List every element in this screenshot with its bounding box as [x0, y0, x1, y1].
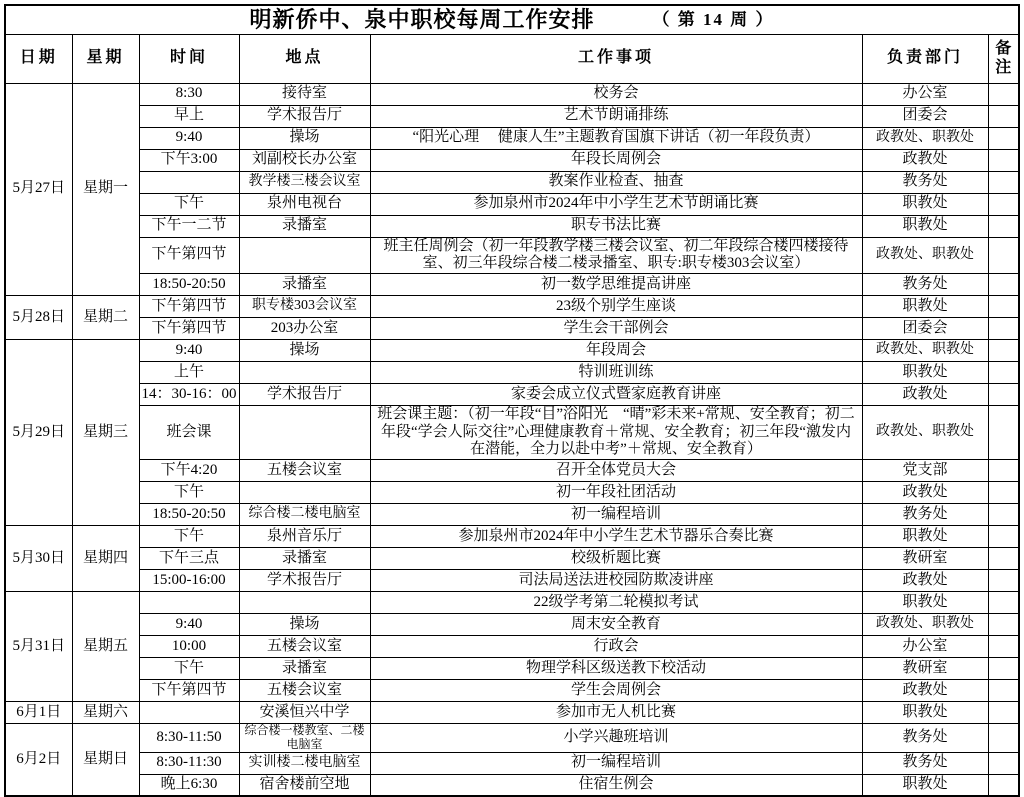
- table-row: 下午录播室物理学科区级送教下校活动教研室: [5, 657, 1019, 679]
- task-cell: 司法局送法进校园防欺凌讲座: [370, 569, 862, 591]
- weekday-cell: 星期日: [72, 723, 139, 796]
- col-header-place: 地点: [239, 34, 370, 83]
- table-row: 下午初一年段社团活动政教处: [5, 481, 1019, 503]
- table-row: 9:40操场“阳光心理 健康人生”主题教育国旗下讲话（初一年段负责）政教处、职教…: [5, 127, 1019, 149]
- note-cell: [988, 481, 1019, 503]
- dept-cell: 教务处: [862, 752, 988, 774]
- table-row: 下午三点录播室校级析题比赛教研室: [5, 547, 1019, 569]
- note-cell: [988, 149, 1019, 171]
- place-cell: 刘副校长办公室: [239, 149, 370, 171]
- weekday-cell: 星期五: [72, 591, 139, 701]
- note-cell: [988, 613, 1019, 635]
- date-cell: 6月2日: [5, 723, 72, 796]
- task-cell: 班主任周例会（初一年段教学楼三楼会议室、初二年段综合楼四楼接待室、初三年段综合楼…: [370, 237, 862, 273]
- task-cell: 参加市无人机比赛: [370, 701, 862, 723]
- date-cell: 5月30日: [5, 525, 72, 591]
- note-cell: [988, 635, 1019, 657]
- table-row: 9:40操场周末安全教育政教处、职教处: [5, 613, 1019, 635]
- dept-cell: 政教处: [862, 481, 988, 503]
- note-cell: [988, 295, 1019, 317]
- time-cell: 18:50-20:50: [139, 273, 239, 295]
- place-cell: 录播室: [239, 273, 370, 295]
- col-header-time: 时间: [139, 34, 239, 83]
- col-header-date: 日期: [5, 34, 72, 83]
- task-cell: 校务会: [370, 83, 862, 105]
- note-cell: [988, 237, 1019, 273]
- table-row: 14：30-16：00学术报告厅家委会成立仪式暨家庭教育讲座政教处: [5, 383, 1019, 405]
- place-cell: 实训楼二楼电脑室: [239, 752, 370, 774]
- date-cell: 5月27日: [5, 83, 72, 295]
- note-cell: [988, 361, 1019, 383]
- time-cell: 10:00: [139, 635, 239, 657]
- note-cell: [988, 774, 1019, 796]
- table-row: 6月2日星期日8:30-11:50综合楼一楼教室、二楼电脑室小学兴趣班培训教务处: [5, 723, 1019, 752]
- place-cell: 宿舍楼前空地: [239, 774, 370, 796]
- dept-cell: 职教处: [862, 361, 988, 383]
- table-row: 18:50-20:50综合楼二楼电脑室初一编程培训教务处: [5, 503, 1019, 525]
- note-cell: [988, 657, 1019, 679]
- place-cell: 五楼会议室: [239, 459, 370, 481]
- task-cell: 学生会干部例会: [370, 317, 862, 339]
- table-row: 15:00-16:00学术报告厅司法局送法进校园防欺凌讲座政教处: [5, 569, 1019, 591]
- dept-cell: 办公室: [862, 635, 988, 657]
- dept-cell: 教务处: [862, 723, 988, 752]
- weekday-cell: 星期一: [72, 83, 139, 295]
- place-cell: 录播室: [239, 547, 370, 569]
- task-cell: 23级个别学生座谈: [370, 295, 862, 317]
- dept-cell: 政教处: [862, 569, 988, 591]
- time-cell: 8:30-11:30: [139, 752, 239, 774]
- time-cell: 下午3:00: [139, 149, 239, 171]
- time-cell: 15:00-16:00: [139, 569, 239, 591]
- place-cell: [239, 237, 370, 273]
- task-cell: 家委会成立仪式暨家庭教育讲座: [370, 383, 862, 405]
- note-cell: [988, 83, 1019, 105]
- dept-cell: 政教处、职教处: [862, 237, 988, 273]
- place-cell: [239, 591, 370, 613]
- time-cell: 18:50-20:50: [139, 503, 239, 525]
- time-cell: 早上: [139, 105, 239, 127]
- task-cell: 初一数学思维提高讲座: [370, 273, 862, 295]
- place-cell: 教学楼三楼会议室: [239, 171, 370, 193]
- place-cell: 泉州音乐厅: [239, 525, 370, 547]
- place-cell: 接待室: [239, 83, 370, 105]
- task-cell: 初一编程培训: [370, 503, 862, 525]
- dept-cell: 职教处: [862, 591, 988, 613]
- task-cell: 职专书法比赛: [370, 215, 862, 237]
- note-cell: [988, 193, 1019, 215]
- dept-cell: 职教处: [862, 774, 988, 796]
- dept-cell: 政教处、职教处: [862, 339, 988, 361]
- note-cell: [988, 405, 1019, 459]
- time-cell: 9:40: [139, 613, 239, 635]
- time-cell: 8:30-11:50: [139, 723, 239, 752]
- page-title: 明新侨中、泉中职校每周工作安排: [250, 7, 595, 33]
- table-row: 下午泉州电视台参加泉州市2024年中小学生艺术节朗诵比赛职教处: [5, 193, 1019, 215]
- task-cell: 艺术节朗诵排练: [370, 105, 862, 127]
- dept-cell: 政教处: [862, 679, 988, 701]
- place-cell: 录播室: [239, 215, 370, 237]
- time-cell: 下午第四节: [139, 317, 239, 339]
- task-cell: 参加泉州市2024年中小学生艺术节朗诵比赛: [370, 193, 862, 215]
- note-cell: [988, 317, 1019, 339]
- note-cell: [988, 459, 1019, 481]
- place-cell: 综合楼一楼教室、二楼电脑室: [239, 723, 370, 752]
- place-cell: [239, 361, 370, 383]
- note-cell: [988, 339, 1019, 361]
- time-cell: 下午一二节: [139, 215, 239, 237]
- table-row: 班会课班会课主题：（初一年段“目”浴阳光 “晴”彩未来+常规、安全教育；初二年段…: [5, 405, 1019, 459]
- col-header-task: 工作事项: [370, 34, 862, 83]
- note-cell: [988, 503, 1019, 525]
- dept-cell: 政教处: [862, 383, 988, 405]
- dept-cell: 教研室: [862, 657, 988, 679]
- table-row: 5月27日星期一8:30接待室校务会办公室: [5, 83, 1019, 105]
- table-row: 5月31日星期五22级学考第二轮模拟考试职教处: [5, 591, 1019, 613]
- note-cell: [988, 525, 1019, 547]
- table-row: 下午第四节203办公室学生会干部例会团委会: [5, 317, 1019, 339]
- task-cell: 参加泉州市2024年中小学生艺术节器乐合奏比赛: [370, 525, 862, 547]
- col-header-weekday: 星期: [72, 34, 139, 83]
- header-row: 日期 星期 时间 地点 工作事项 负责部门 备注: [5, 34, 1019, 83]
- task-cell: “阳光心理 健康人生”主题教育国旗下讲话（初一年段负责）: [370, 127, 862, 149]
- dept-cell: 职教处: [862, 525, 988, 547]
- table-row: 10:00五楼会议室行政会办公室: [5, 635, 1019, 657]
- place-cell: 职专楼303会议室: [239, 295, 370, 317]
- note-cell: [988, 569, 1019, 591]
- weekday-cell: 星期二: [72, 295, 139, 339]
- time-cell: 下午4:20: [139, 459, 239, 481]
- table-row: 上午特训班训练职教处: [5, 361, 1019, 383]
- task-cell: 行政会: [370, 635, 862, 657]
- place-cell: 学术报告厅: [239, 569, 370, 591]
- dept-cell: 团委会: [862, 317, 988, 339]
- task-cell: 年段长周例会: [370, 149, 862, 171]
- time-cell: 下午第四节: [139, 295, 239, 317]
- note-cell: [988, 383, 1019, 405]
- table-row: 下午4:20五楼会议室召开全体党员大会党支部: [5, 459, 1019, 481]
- note-cell: [988, 701, 1019, 723]
- note-cell: [988, 127, 1019, 149]
- table-row: 18:50-20:50录播室初一数学思维提高讲座教务处: [5, 273, 1019, 295]
- dept-cell: 政教处: [862, 149, 988, 171]
- task-cell: 教案作业检查、抽查: [370, 171, 862, 193]
- task-cell: 小学兴趣班培训: [370, 723, 862, 752]
- time-cell: 9:40: [139, 127, 239, 149]
- task-cell: 年段周会: [370, 339, 862, 361]
- weekday-cell: 星期六: [72, 701, 139, 723]
- task-cell: 特训班训练: [370, 361, 862, 383]
- title-cell: 明新侨中、泉中职校每周工作安排 （ 第 14 周 ）: [5, 5, 1019, 34]
- weekday-cell: 星期四: [72, 525, 139, 591]
- task-cell: 22级学考第二轮模拟考试: [370, 591, 862, 613]
- time-cell: 9:40: [139, 339, 239, 361]
- time-cell: 下午: [139, 481, 239, 503]
- note-cell: [988, 591, 1019, 613]
- time-cell: 8:30: [139, 83, 239, 105]
- note-cell: [988, 752, 1019, 774]
- table-row: 下午第四节班主任周例会（初一年段教学楼三楼会议室、初二年段综合楼四楼接待室、初三…: [5, 237, 1019, 273]
- table-row: 教学楼三楼会议室教案作业检查、抽查教务处: [5, 171, 1019, 193]
- time-cell: 下午第四节: [139, 679, 239, 701]
- place-cell: 安溪恒兴中学: [239, 701, 370, 723]
- dept-cell: 政教处、职教处: [862, 613, 988, 635]
- schedule-table: 明新侨中、泉中职校每周工作安排 （ 第 14 周 ） 日期 星期 时间 地点 工…: [4, 4, 1020, 797]
- table-row: 早上学术报告厅艺术节朗诵排练团委会: [5, 105, 1019, 127]
- table-row: 下午3:00刘副校长办公室年段长周例会政教处: [5, 149, 1019, 171]
- time-cell: 晚上6:30: [139, 774, 239, 796]
- place-cell: [239, 481, 370, 503]
- task-cell: 周末安全教育: [370, 613, 862, 635]
- time-cell: 下午第四节: [139, 237, 239, 273]
- place-cell: 录播室: [239, 657, 370, 679]
- col-header-dept: 负责部门: [862, 34, 988, 83]
- title-row: 明新侨中、泉中职校每周工作安排 （ 第 14 周 ）: [5, 5, 1019, 34]
- dept-cell: 政教处、职教处: [862, 127, 988, 149]
- time-cell: 下午: [139, 657, 239, 679]
- weekday-cell: 星期三: [72, 339, 139, 525]
- table-row: 晚上6:30宿舍楼前空地住宿生例会职教处: [5, 774, 1019, 796]
- date-cell: 6月1日: [5, 701, 72, 723]
- task-cell: 班会课主题：（初一年段“目”浴阳光 “晴”彩未来+常规、安全教育；初二年段“学会…: [370, 405, 862, 459]
- dept-cell: 政教处、职教处: [862, 405, 988, 459]
- task-cell: 学生会周例会: [370, 679, 862, 701]
- place-cell: 五楼会议室: [239, 679, 370, 701]
- task-cell: 初一年段社团活动: [370, 481, 862, 503]
- date-cell: 5月28日: [5, 295, 72, 339]
- task-cell: 召开全体党员大会: [370, 459, 862, 481]
- date-cell: 5月29日: [5, 339, 72, 525]
- place-cell: 综合楼二楼电脑室: [239, 503, 370, 525]
- note-cell: [988, 547, 1019, 569]
- time-cell: [139, 591, 239, 613]
- note-cell: [988, 105, 1019, 127]
- date-cell: 5月31日: [5, 591, 72, 701]
- time-cell: 班会课: [139, 405, 239, 459]
- dept-cell: 职教处: [862, 295, 988, 317]
- place-cell: 203办公室: [239, 317, 370, 339]
- dept-cell: 教务处: [862, 503, 988, 525]
- time-cell: 下午: [139, 525, 239, 547]
- week-number: （ 第 14 周 ）: [653, 10, 775, 30]
- dept-cell: 职教处: [862, 701, 988, 723]
- place-cell: 操场: [239, 339, 370, 361]
- dept-cell: 办公室: [862, 83, 988, 105]
- time-cell: 14：30-16：00: [139, 383, 239, 405]
- col-header-note: 备注: [988, 34, 1019, 83]
- dept-cell: 教务处: [862, 171, 988, 193]
- place-cell: 学术报告厅: [239, 383, 370, 405]
- note-cell: [988, 171, 1019, 193]
- table-row: 下午一二节录播室职专书法比赛职教处: [5, 215, 1019, 237]
- task-cell: 住宿生例会: [370, 774, 862, 796]
- place-cell: [239, 405, 370, 459]
- note-cell: [988, 215, 1019, 237]
- dept-cell: 团委会: [862, 105, 988, 127]
- table-row: 5月28日星期二下午第四节职专楼303会议室23级个别学生座谈职教处: [5, 295, 1019, 317]
- place-cell: 操场: [239, 127, 370, 149]
- time-cell: 下午三点: [139, 547, 239, 569]
- time-cell: [139, 701, 239, 723]
- dept-cell: 党支部: [862, 459, 988, 481]
- table-row: 5月29日星期三9:40操场年段周会政教处、职教处: [5, 339, 1019, 361]
- place-cell: 学术报告厅: [239, 105, 370, 127]
- place-cell: 操场: [239, 613, 370, 635]
- dept-cell: 职教处: [862, 193, 988, 215]
- dept-cell: 职教处: [862, 215, 988, 237]
- task-cell: 物理学科区级送教下校活动: [370, 657, 862, 679]
- schedule-sheet: 明新侨中、泉中职校每周工作安排 （ 第 14 周 ） 日期 星期 时间 地点 工…: [4, 4, 1020, 797]
- place-cell: 五楼会议室: [239, 635, 370, 657]
- note-cell: [988, 273, 1019, 295]
- table-row: 8:30-11:30实训楼二楼电脑室初一编程培训教务处: [5, 752, 1019, 774]
- dept-cell: 教研室: [862, 547, 988, 569]
- table-row: 6月1日星期六安溪恒兴中学参加市无人机比赛职教处: [5, 701, 1019, 723]
- schedule-body: 5月27日星期一8:30接待室校务会办公室早上学术报告厅艺术节朗诵排练团委会9:…: [5, 83, 1019, 796]
- time-cell: [139, 171, 239, 193]
- place-cell: 泉州电视台: [239, 193, 370, 215]
- table-row: 5月30日星期四下午泉州音乐厅参加泉州市2024年中小学生艺术节器乐合奏比赛职教…: [5, 525, 1019, 547]
- time-cell: 上午: [139, 361, 239, 383]
- task-cell: 校级析题比赛: [370, 547, 862, 569]
- time-cell: 下午: [139, 193, 239, 215]
- dept-cell: 教务处: [862, 273, 988, 295]
- table-row: 下午第四节五楼会议室学生会周例会政教处: [5, 679, 1019, 701]
- note-cell: [988, 679, 1019, 701]
- task-cell: 初一编程培训: [370, 752, 862, 774]
- note-cell: [988, 723, 1019, 752]
